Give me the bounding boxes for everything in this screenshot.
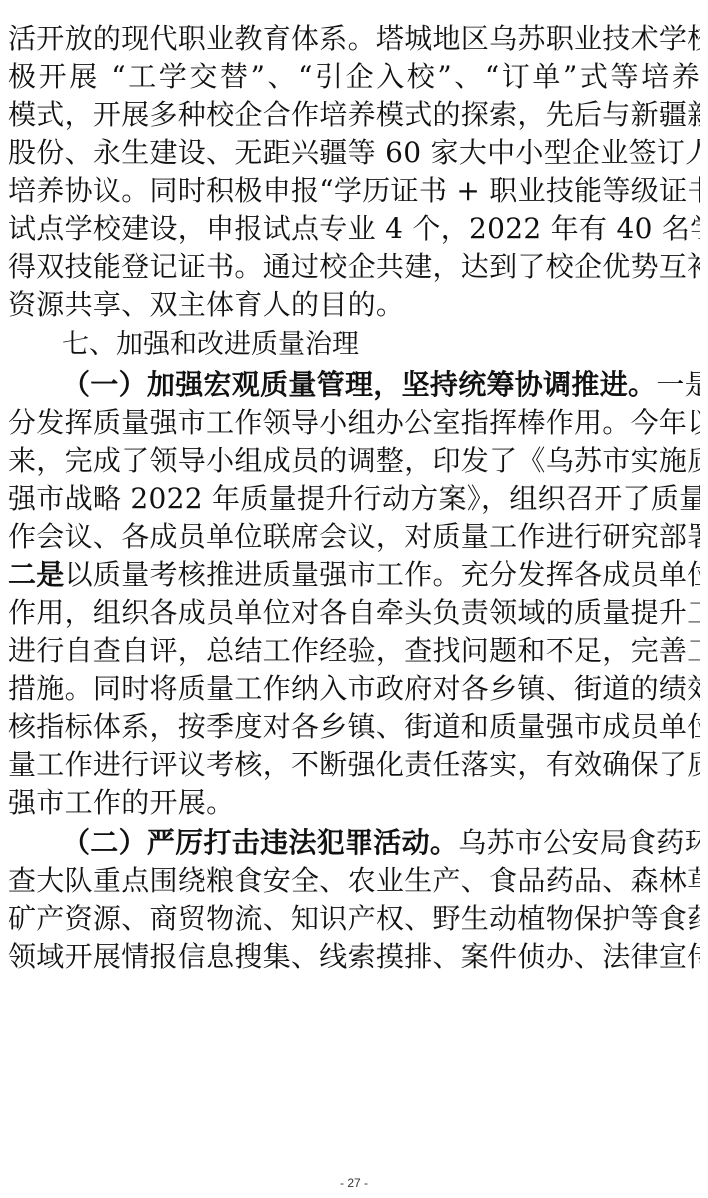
paragraph-line: 极开展 “工学交替”、“引企入校”、“订单”式等培养 — [8, 58, 700, 96]
subsection-2-first-line: （二）严厉打击违法犯罪活动。乌苏市公安局食药环侦 — [62, 824, 700, 862]
paragraph-line: 作用，组织各成员单位对各自牵头负责领域的质量提升工作 — [8, 594, 700, 632]
subsection-2-first-rest: 乌苏市公安局食药环侦 — [458, 826, 700, 859]
paragraph-line: 分发挥质量强市工作领导小组办公室指挥棒作用。今年以 — [8, 404, 700, 442]
paragraph-line: 资源共享、双主体育人的目的。 — [8, 286, 700, 324]
paragraph-line: 核指标体系，按季度对各乡镇、街道和质量强市成员单位质 — [8, 708, 700, 746]
paragraph-line: 强市工作的开展。 — [8, 784, 700, 822]
paragraph-line: 得双技能登记证书。通过校企共建，达到了校企优势互补、 — [8, 248, 700, 286]
second-point-lead: 二是 — [8, 558, 65, 591]
second-point-rest: 以质量考核推进质量强市工作。充分发挥各成员单位的 — [65, 558, 700, 591]
document-page: 活开放的现代职业教育体系。塔城地区乌苏职业技术学校积 极开展 “工学交替”、“引… — [0, 0, 708, 1198]
paragraph-line: 量工作进行评议考核，不断强化责任落实，有效确保了质量 — [8, 746, 700, 784]
paragraph-line: 来，完成了领导小组成员的调整，印发了《乌苏市实施质量 — [8, 442, 700, 480]
page-number: - 27 - — [0, 1176, 708, 1190]
paragraph-line: 培养协议。同时积极申报“学历证书 + 职业技能等级证书” — [8, 172, 700, 210]
paragraph-line: 试点学校建设，申报试点专业 4 个，2022 年有 40 名学生取 — [8, 210, 700, 248]
subsection-2-title: （二）严厉打击违法犯罪活动。 — [62, 826, 458, 859]
paragraph-line: 查大队重点围绕粮食安全、农业生产、食品药品、森林草原、 — [8, 862, 700, 900]
paragraph-line: 措施。同时将质量工作纳入市政府对各乡镇、街道的绩效考 — [8, 670, 700, 708]
paragraph-line: 活开放的现代职业教育体系。塔城地区乌苏职业技术学校积 — [8, 20, 700, 58]
paragraph-line: 进行自查自评，总结工作经验，查找问题和不足，完善工作 — [8, 632, 700, 670]
subsection-1-first-rest: 一是充 — [656, 368, 700, 401]
paragraph-line: 强市战略 2022 年质量提升行动方案》，组织召开了质量工 — [8, 480, 700, 518]
paragraph-line: 矿产资源、商贸物流、知识产权、野生动植物保护等食药环 — [8, 900, 700, 938]
paragraph-line: 模式，开展多种校企合作培养模式的探索，先后与新疆新研 — [8, 96, 700, 134]
paragraph-line: 股份、永生建设、无距兴疆等 60 家大中小型企业签订人才 — [8, 134, 700, 172]
subsection-1-title: （一）加强宏观质量管理，坚持统筹协调推进。 — [62, 368, 656, 401]
paragraph-line: 领域开展情报信息搜集、线索摸排、案件侦办、法律宣传， — [8, 938, 700, 976]
paragraph-line: 作会议、各成员单位联席会议，对质量工作进行研究部署。 — [8, 518, 700, 556]
section-heading: 七、加强和改进质量治理 — [62, 326, 700, 364]
subsection-1-first-line: （一）加强宏观质量管理，坚持统筹协调推进。一是充 — [62, 366, 700, 404]
paragraph-line: 二是以质量考核推进质量强市工作。充分发挥各成员单位的 — [8, 556, 700, 594]
